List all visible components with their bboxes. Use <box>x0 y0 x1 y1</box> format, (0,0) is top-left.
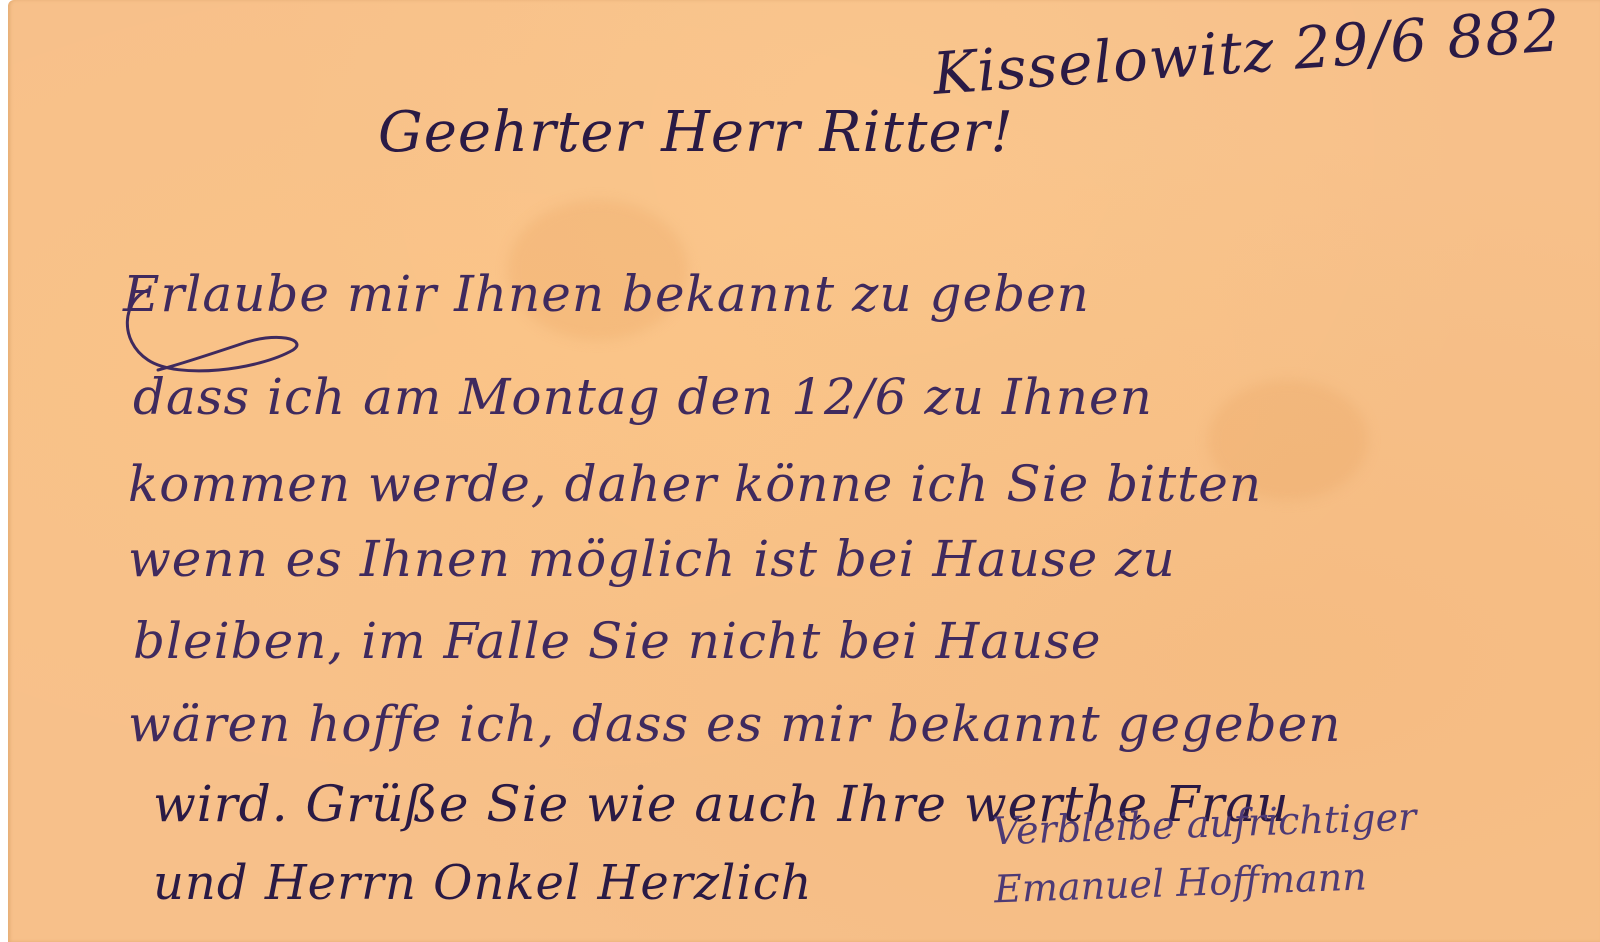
place-date: Kisselowitz 29/6 882 <box>931 0 1563 108</box>
body-line-6: wären hoffe ich, dass es mir bekannt geg… <box>128 695 1341 753</box>
body-line-5: bleiben, im Falle Sie nicht bei Hause <box>133 612 1102 670</box>
body-line-4: wenn es Ihnen möglich ist bei Hause zu <box>128 530 1176 588</box>
salutation: Geehrter Herr Ritter! <box>378 100 1014 165</box>
postcard: Kisselowitz 29/6 882 Geehrter Herr Ritte… <box>8 0 1600 942</box>
body-line-3: kommen werde, daher könne ich Sie bitten <box>128 455 1262 513</box>
body-line-1: Erlaube mir Ihnen bekannt zu geben <box>123 265 1090 323</box>
closing-block: Verbleibe aufrichtiger Emanuel Hoffmann <box>991 788 1419 919</box>
body-line-2: dass ich am Montag den 12/6 zu Ihnen <box>133 368 1153 426</box>
body-line-8: und Herrn Onkel Herzlich <box>153 855 813 911</box>
